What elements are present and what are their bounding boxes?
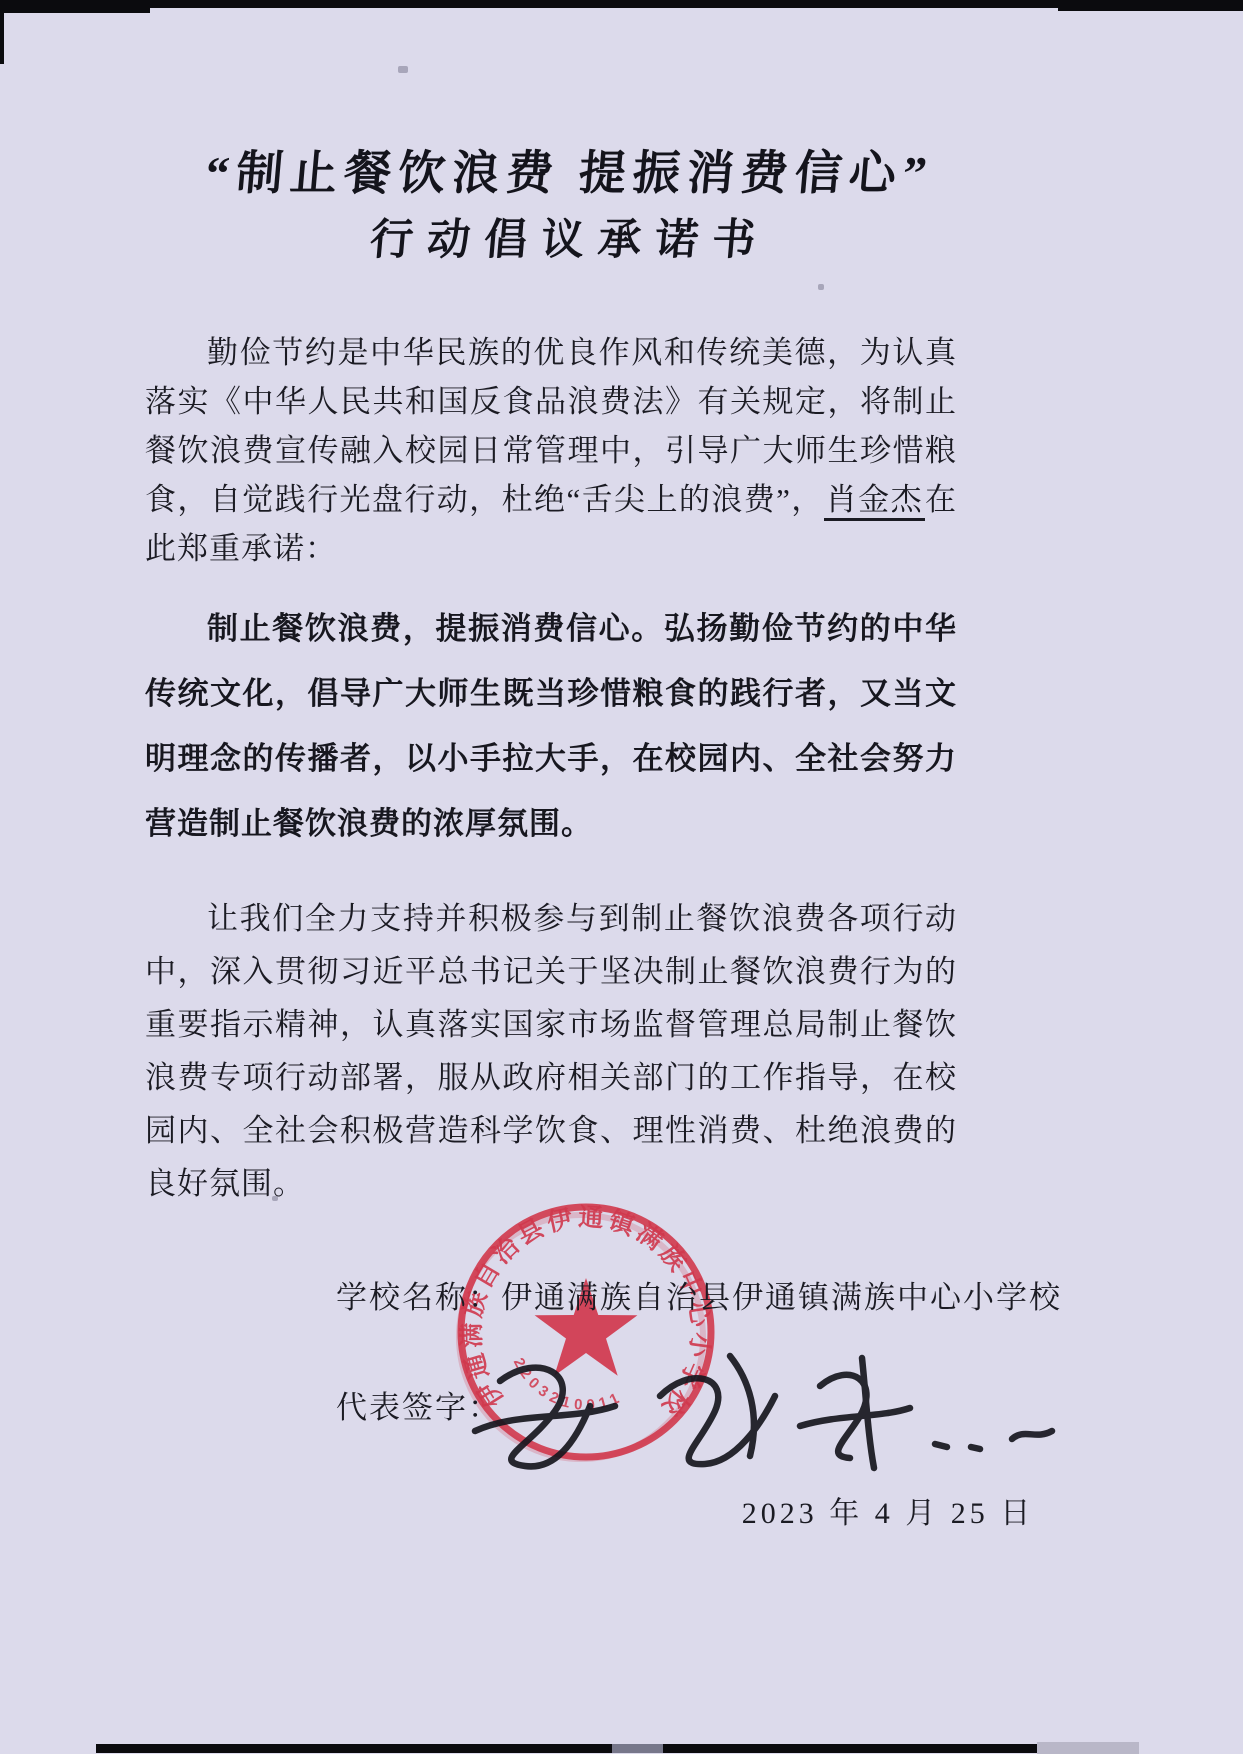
scan-edge-bottom xyxy=(96,1744,612,1753)
scanned-pledge-document: “制止餐饮浪费 提振消费信心” 行动倡议承诺书 勤俭节约是中华民族的优良作风和传… xyxy=(0,0,1243,1754)
scan-speckle xyxy=(818,284,824,290)
scan-edge-bottom xyxy=(1037,1742,1139,1754)
scan-edge-left xyxy=(0,0,4,64)
paragraph-pledge: 制止餐饮浪费，提振消费信心。弘扬勤俭节约的中华传统文化，倡导广大师生既当珍惜粮食… xyxy=(145,596,957,856)
school-name-line: 学校名称：伊通满族自治县伊通镇满族中心小学校 xyxy=(336,1272,1062,1317)
signature-handwriting xyxy=(430,1336,1078,1512)
document-title-line2: 行动倡议承诺书 xyxy=(27,206,1112,267)
paragraph-action: 让我们全力支持并积极参与到制止餐饮浪费各项行动中，深入贯彻习近平总书记关于坚决制… xyxy=(145,892,957,1210)
document-title-line1: “制止餐饮浪费 提振消费信心” xyxy=(27,136,1113,203)
scan-edge-bottom xyxy=(663,1744,1037,1753)
scan-edge-top-left xyxy=(0,0,150,13)
school-name-label: 学校名称： xyxy=(336,1280,501,1315)
scan-edge-bottom xyxy=(612,1744,663,1753)
school-name-value: 伊通满族自治县伊通镇满族中心小学校 xyxy=(501,1280,1062,1315)
scan-speckle xyxy=(398,66,408,73)
pledger-name: 肖金杰 xyxy=(824,482,925,521)
signature-ink xyxy=(430,1336,1078,1512)
scan-edge-top xyxy=(0,0,1243,8)
paragraph-intro: 勤俭节约是中华民族的优良作风和传统美德，为认真落实《中华人民共和国反食品浪费法》… xyxy=(145,328,957,573)
scan-edge-top-right xyxy=(1058,0,1243,11)
